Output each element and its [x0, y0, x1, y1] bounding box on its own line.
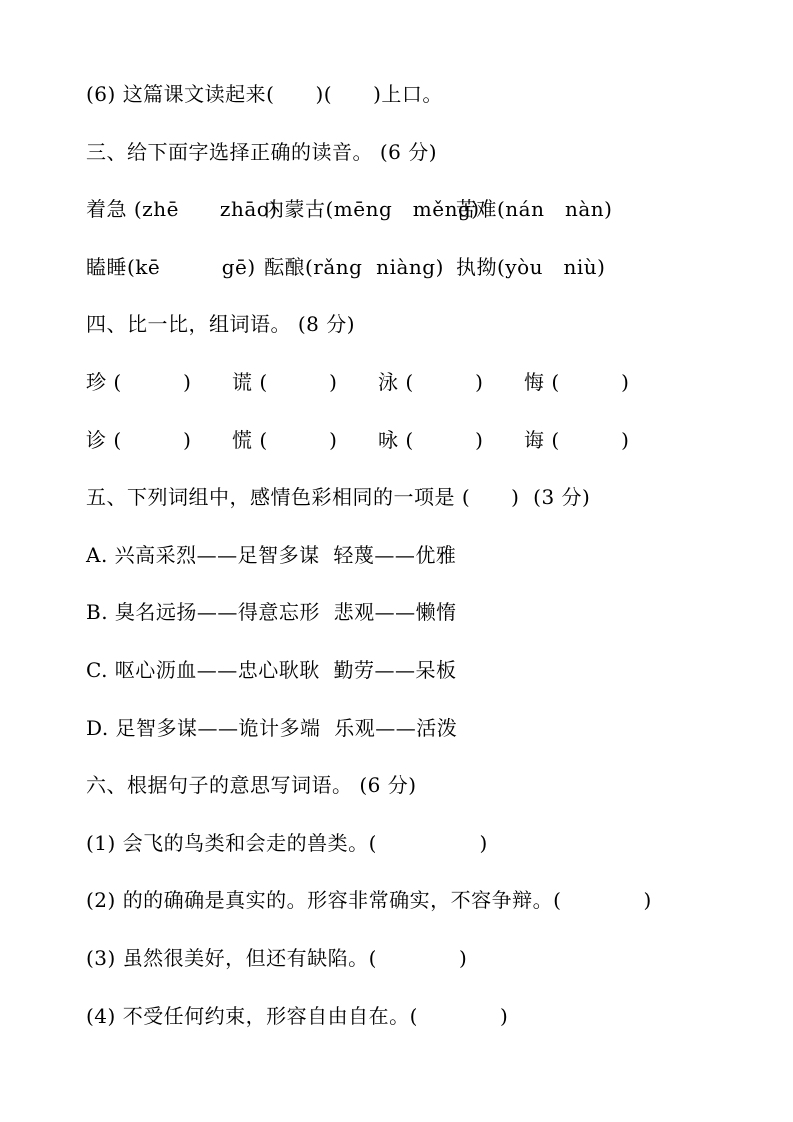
exam-content: (6) 这篇课文读起来( )( )上口。 三、给下面字选择正确的读音。 (6 分… [0, 0, 793, 1045]
definition-item-3: (3) 虽然很美好，但还有缺陷。( ) [86, 930, 753, 988]
section-6-heading: 六、根据句子的意思写词语。 (6 分) [86, 757, 753, 815]
definition-item-2: (2) 的的确确是真实的。形容非常确实，不容争辩。( ) [86, 872, 753, 930]
option-c: C. 呕心沥血——忠心耿耿 勤劳——呆板 [86, 642, 753, 700]
compare-words-row-1: 珍 ( ) 谎 ( ) 泳 ( ) 悔 ( ) [86, 354, 753, 412]
pinyin-item-keshui: 瞌睡(kē gē) [86, 239, 264, 297]
fill-blank-item-6: (6) 这篇课文读起来( )( )上口。 [86, 66, 753, 124]
definition-item-1: (1) 会飞的鸟类和会走的兽类。( ) [86, 815, 753, 873]
option-a: A. 兴高采烈——足智多谋 轻蔑——优雅 [86, 527, 753, 585]
word-item-zhen: 珍 ( ) [86, 354, 232, 412]
option-d: D. 足智多谋——诡计多端 乐观——活泼 [86, 700, 753, 758]
word-item-huang1: 谎 ( ) [232, 354, 378, 412]
pronunciation-row-2: 瞌睡(kē gē) 酝酿(rǎng niàng) 执拗(yòu niù) [86, 239, 753, 297]
word-item-hui1: 悔 ( ) [524, 354, 629, 412]
section-3-heading: 三、给下面字选择正确的读音。 (6 分) [86, 124, 753, 182]
section-4-heading: 四、比一比，组词语。 (8 分) [86, 296, 753, 354]
pinyin-item-neimenggu: 内蒙古(mēng měng) [264, 181, 456, 239]
pinyin-item-kunan: 苦难(nán nàn) [456, 181, 753, 239]
section-5-heading: 五、下列词组中，感情色彩相同的一项是 ( ) (3 分) [86, 469, 753, 527]
exam-document-page: (6) 这篇课文读起来( )( )上口。 三、给下面字选择正确的读音。 (6 分… [0, 0, 793, 1122]
word-item-yong2: 咏 ( ) [378, 412, 524, 470]
definition-item-4: (4) 不受任何约束，形容自由自在。( ) [86, 988, 753, 1046]
option-b: B. 臭名远扬——得意忘形 悲观——懒惰 [86, 584, 753, 642]
pronunciation-row-1: 着急 (zhē zhāo) 内蒙古(mēng měng) 苦难(nán nàn) [86, 181, 753, 239]
pinyin-item-zhiniu: 执拗(yòu niù) [456, 239, 753, 297]
word-item-zhen2: 诊 ( ) [86, 412, 232, 470]
pinyin-item-zhaoji: 着急 (zhē zhāo) [86, 181, 264, 239]
word-item-huang2: 慌 ( ) [232, 412, 378, 470]
pinyin-item-yunniang: 酝酿(rǎng niàng) [264, 239, 456, 297]
compare-words-row-2: 诊 ( ) 慌 ( ) 咏 ( ) 诲 ( ) [86, 412, 753, 470]
word-item-hui2: 诲 ( ) [524, 412, 629, 470]
word-item-yong1: 泳 ( ) [378, 354, 524, 412]
